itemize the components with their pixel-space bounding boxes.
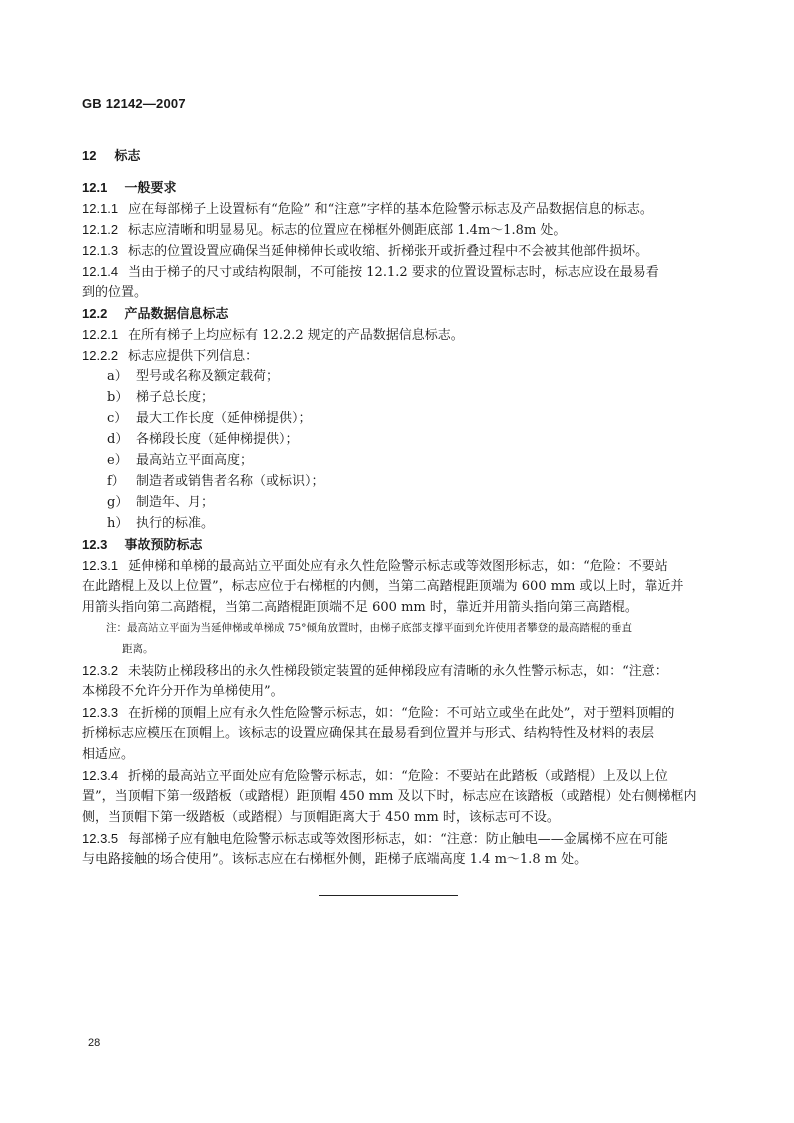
clause-number: 12.3.1 [82,555,124,576]
subsection-title: 一般要求 [125,181,177,196]
clause-continuation: 相适应。 [82,744,714,765]
clause-text: 标志应提供下列信息： [128,349,258,364]
list-letter: a） [107,366,136,387]
clause: 12.1.2 标志应清晰和明显易见。标志的位置应在梯框外侧距底部 1.4m～1.… [82,219,714,240]
list-item: h）执行的标准。 [82,513,714,534]
list-letter: e） [107,450,136,471]
clause-number: 12.3.3 [82,702,124,723]
clause: 12.2.1 在所有梯子上均应标有 12.2.2 规定的产品数据信息标志。 [82,324,714,345]
clause-number: 12.3.4 [82,765,124,786]
clause-text: 当由于梯子的尺寸或结构限制，不可能按 12.1.2 要求的位置设置标志时，标志应… [128,265,659,280]
subsection-number: 12.2 [82,303,120,324]
standard-header: GB 12142—2007 [82,96,186,111]
list-letter: f） [107,471,136,492]
clause-text: 未装防止梯段移出的永久性梯段锁定装置的延伸梯段应有清晰的永久性警示标志，如：“注… [128,664,668,679]
section-title: 标志 [115,149,141,164]
list-text: 最高站立平面高度； [136,453,253,468]
note-text: 最高站立平面为当延伸梯或单梯成 75°倾角放置时，由梯子底部支撑平面到允许使用者… [127,622,632,634]
list-text: 执行的标准。 [136,516,214,531]
note: 注：最高站立平面为当延伸梯或单梯成 75°倾角放置时，由梯子底部支撑平面到允许使… [82,618,714,660]
clause-continuation: 置”，当顶帽下第一级踏板（或踏棍）距顶帽 450 mm 及以下时，标志应在该踏板… [82,786,714,807]
clause-continuation: 本梯段不允许分开作为单梯使用”。 [82,681,714,702]
page-number: 28 [88,1037,100,1049]
list-item: e）最高站立平面高度； [82,450,714,471]
subsection-number: 12.3 [82,534,120,555]
note-continuation: 距离。 [106,639,714,660]
note-line: 注：最高站立平面为当延伸梯或单梯成 75°倾角放置时，由梯子底部支撑平面到允许使… [106,618,714,639]
list-text: 各梯段长度（延伸梯提供）； [136,432,299,447]
end-rule [319,895,458,896]
subsection-heading: 12.3 事故预防标志 [82,534,714,555]
clause: 12.3.4 折梯的最高站立平面处应有危险警示标志，如：“危险：不要站在此踏板（… [82,765,714,786]
subsection-number: 12.1 [82,177,120,198]
list-letter: g） [107,492,136,513]
list-text: 制造者或销售者名称（或标识）； [136,474,325,489]
clause: 12.1.4 当由于梯子的尺寸或结构限制，不可能按 12.1.2 要求的位置设置… [82,261,714,282]
section-number: 12 [82,145,110,166]
clause-continuation: 用箭头指向第二高踏棍，当第二高踏棍距顶端不足 600 mm 时，靠近并用箭头指向… [82,597,714,618]
clause: 12.2.2 标志应提供下列信息： [82,345,714,366]
list-item: c）最大工作长度（延伸梯提供）； [82,408,714,429]
list-letter: b） [107,387,136,408]
clause-text: 应在每部梯子上设置标有“危险” 和“注意”字样的基本危险警示标志及产品数据信息的… [128,202,653,217]
list-letter: h） [107,513,136,534]
section-heading: 12 标志 [82,145,714,166]
clause-continuation: 折梯标志应模压在顶帽上。该标志的设置应确保其在最易看到位置并与形式、结构特性及材… [82,723,714,744]
list-item: f）制造者或销售者名称（或标识）； [82,471,714,492]
clause-text: 标志应清晰和明显易见。标志的位置应在梯框外侧距底部 1.4m～1.8m 处。 [128,223,566,238]
clause: 12.3.1 延伸梯和单梯的最高站立平面处应有永久性危险警示标志或等效图形标志，… [82,555,714,576]
clause-number: 12.1.2 [82,219,124,240]
clause-number: 12.2.1 [82,324,124,345]
clause: 12.1.1 应在每部梯子上设置标有“危险” 和“注意”字样的基本危险警示标志及… [82,198,714,219]
clause: 12.3.2 未装防止梯段移出的永久性梯段锁定装置的延伸梯段应有清晰的永久性警示… [82,660,714,681]
list-text: 梯子总长度； [136,390,214,405]
clause-number: 12.3.2 [82,660,124,681]
subsection-heading: 12.2 产品数据信息标志 [82,303,714,324]
clause-continuation: 与电路接触的场合使用”。该标志应在右梯框外侧，距梯子底端高度 1.4 m～1.8… [82,849,714,870]
list-letter: d） [107,429,136,450]
clause-number: 12.1.4 [82,261,124,282]
list-item: a）型号或名称及额定载荷； [82,366,714,387]
clause-text: 每部梯子应有触电危险警示标志或等效图形标志，如：“注意：防止触电——金属梯不应在… [128,832,668,847]
clause-continuation: 侧，当顶帽下第一级踏板（或踏棍）与顶帽距离大于 450 mm 时，该标志可不设。 [82,807,714,828]
clause-text: 标志的位置设置应确保当延伸梯伸长或收缩、折梯张开或折叠过程中不会被其他部件损坏。 [128,244,648,259]
clause-text: 在折梯的顶帽上应有永久性危险警示标志，如：“危险：不可站立或坐在此处”，对于塑料… [128,706,674,721]
list-item: d）各梯段长度（延伸梯提供）； [82,429,714,450]
clause-text: 折梯的最高站立平面处应有危险警示标志，如：“危险：不要站在此踏板（或踏棍）上及以… [128,769,668,784]
list-item: b）梯子总长度； [82,387,714,408]
list-letter: c） [107,408,136,429]
clause-text: 延伸梯和单梯的最高站立平面处应有永久性危险警示标志或等效图形标志，如：“危险：不… [128,559,668,574]
list-text: 型号或名称及额定载荷； [136,369,279,384]
document-page: GB 12142—2007 12 标志 12.1 一般要求 12.1.1 应在每… [0,0,794,1123]
list-item: g）制造年、月； [82,492,714,513]
subsection-title: 产品数据信息标志 [125,307,229,322]
clause-continuation: 到的位置。 [82,282,714,303]
clause-number: 12.3.5 [82,828,124,849]
clause: 12.1.3 标志的位置设置应确保当延伸梯伸长或收缩、折梯张开或折叠过程中不会被… [82,240,714,261]
clause: 12.3.3 在折梯的顶帽上应有永久性危险警示标志，如：“危险：不可站立或坐在此… [82,702,714,723]
clause-text: 在所有梯子上均应标有 12.2.2 规定的产品数据信息标志。 [128,328,464,343]
document-body: 12 标志 12.1 一般要求 12.1.1 应在每部梯子上设置标有“危险” 和… [82,145,714,870]
note-label: 注： [106,622,127,634]
clause-number: 12.1.3 [82,240,124,261]
clause: 12.3.5 每部梯子应有触电危险警示标志或等效图形标志，如：“注意：防止触电—… [82,828,714,849]
clause-number: 12.2.2 [82,345,124,366]
subsection-heading: 12.1 一般要求 [82,177,714,198]
clause-continuation: 在此踏棍上及以上位置”，标志应位于右梯框的内侧，当第二高踏棍距顶端为 600 m… [82,576,714,597]
subsection-title: 事故预防标志 [125,538,203,553]
clause-number: 12.1.1 [82,198,124,219]
list-text: 制造年、月； [136,495,214,510]
list-text: 最大工作长度（延伸梯提供）； [136,411,312,426]
